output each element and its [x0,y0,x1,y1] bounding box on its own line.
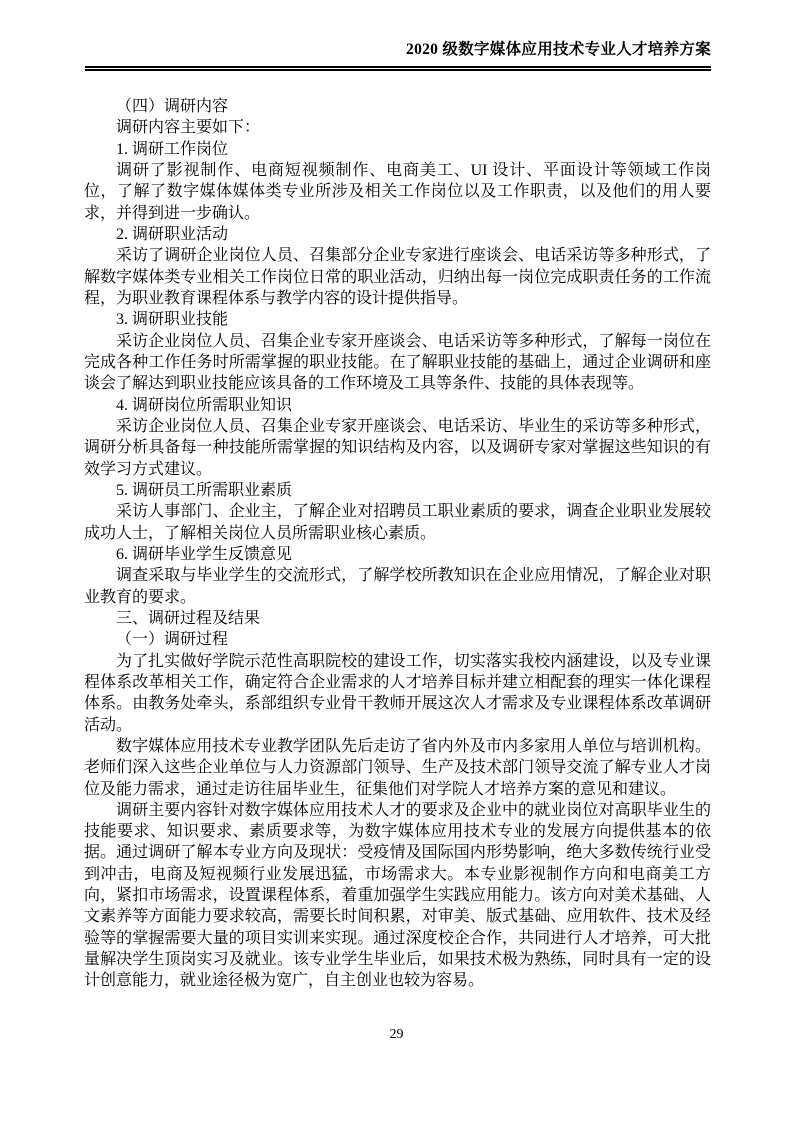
item-heading: 6. 调研毕业学生反馈意见 [84,544,711,565]
document-page: 2020 级数字媒体应用技术专业人才培养方案 （四）调研内容调研内容主要如下：1… [0,0,793,1122]
page-footer: 29 [0,1026,793,1044]
item-heading: 3. 调研职业技能 [84,309,711,330]
subsection-heading: （四）调研内容 [84,96,711,117]
item-heading: 5. 调研员工所需职业素质 [84,480,711,501]
paragraph: 为了扎实做好学院示范性高职院校的建设工作，切实落实我校内涵建设，以及专业课程体系… [84,651,711,736]
subsection-heading: （一）调研过程 [84,629,711,650]
document-body: （四）调研内容调研内容主要如下：1. 调研工作岗位调研了影视制作、电商短视频制作… [84,96,711,992]
paragraph: 采访企业岗位人员、召集企业专家开座谈会、电话采访、毕业生的采访等多种形式，调研分… [84,416,711,480]
page-number: 29 [390,1027,404,1042]
paragraph: 采访人事部门、企业主，了解企业对招聘员工职业素质的要求，调查企业职业发展较成功人… [84,501,711,544]
paragraph: 数字媒体应用技术专业教学团队先后走访了省内外及市内多家用人单位与培训机构。老师们… [84,736,711,800]
paragraph: 调研了影视制作、电商短视频制作、电商美工、UI 设计、平面设计等领域工作岗位，了… [84,160,711,224]
section-heading: 三、调研过程及结果 [84,608,711,629]
item-heading: 4. 调研岗位所需职业知识 [84,395,711,416]
paragraph: 调研主要内容针对数字媒体应用技术人才的要求及企业中的就业岗位对高职毕业生的技能要… [84,800,711,992]
paragraph: 采访了调研企业岗位人员、召集部分企业专家进行座谈会、电话采访等多种形式，了解数字… [84,245,711,309]
item-heading: 1. 调研工作岗位 [84,139,711,160]
paragraph: 调研内容主要如下： [84,117,711,138]
header-title: 2020 级数字媒体应用技术专业人才培养方案 [85,40,711,60]
paragraph: 采访企业岗位人员、召集企业专家开座谈会、电话采访等多种形式，了解每一岗位在完成各… [84,331,711,395]
header-double-rule [85,66,711,71]
page-header: 2020 级数字媒体应用技术专业人才培养方案 [85,40,711,71]
paragraph: 调查采取与毕业学生的交流形式，了解学校所教知识在企业应用情况，了解企业对职业教育… [84,565,711,608]
item-heading: 2. 调研职业活动 [84,224,711,245]
